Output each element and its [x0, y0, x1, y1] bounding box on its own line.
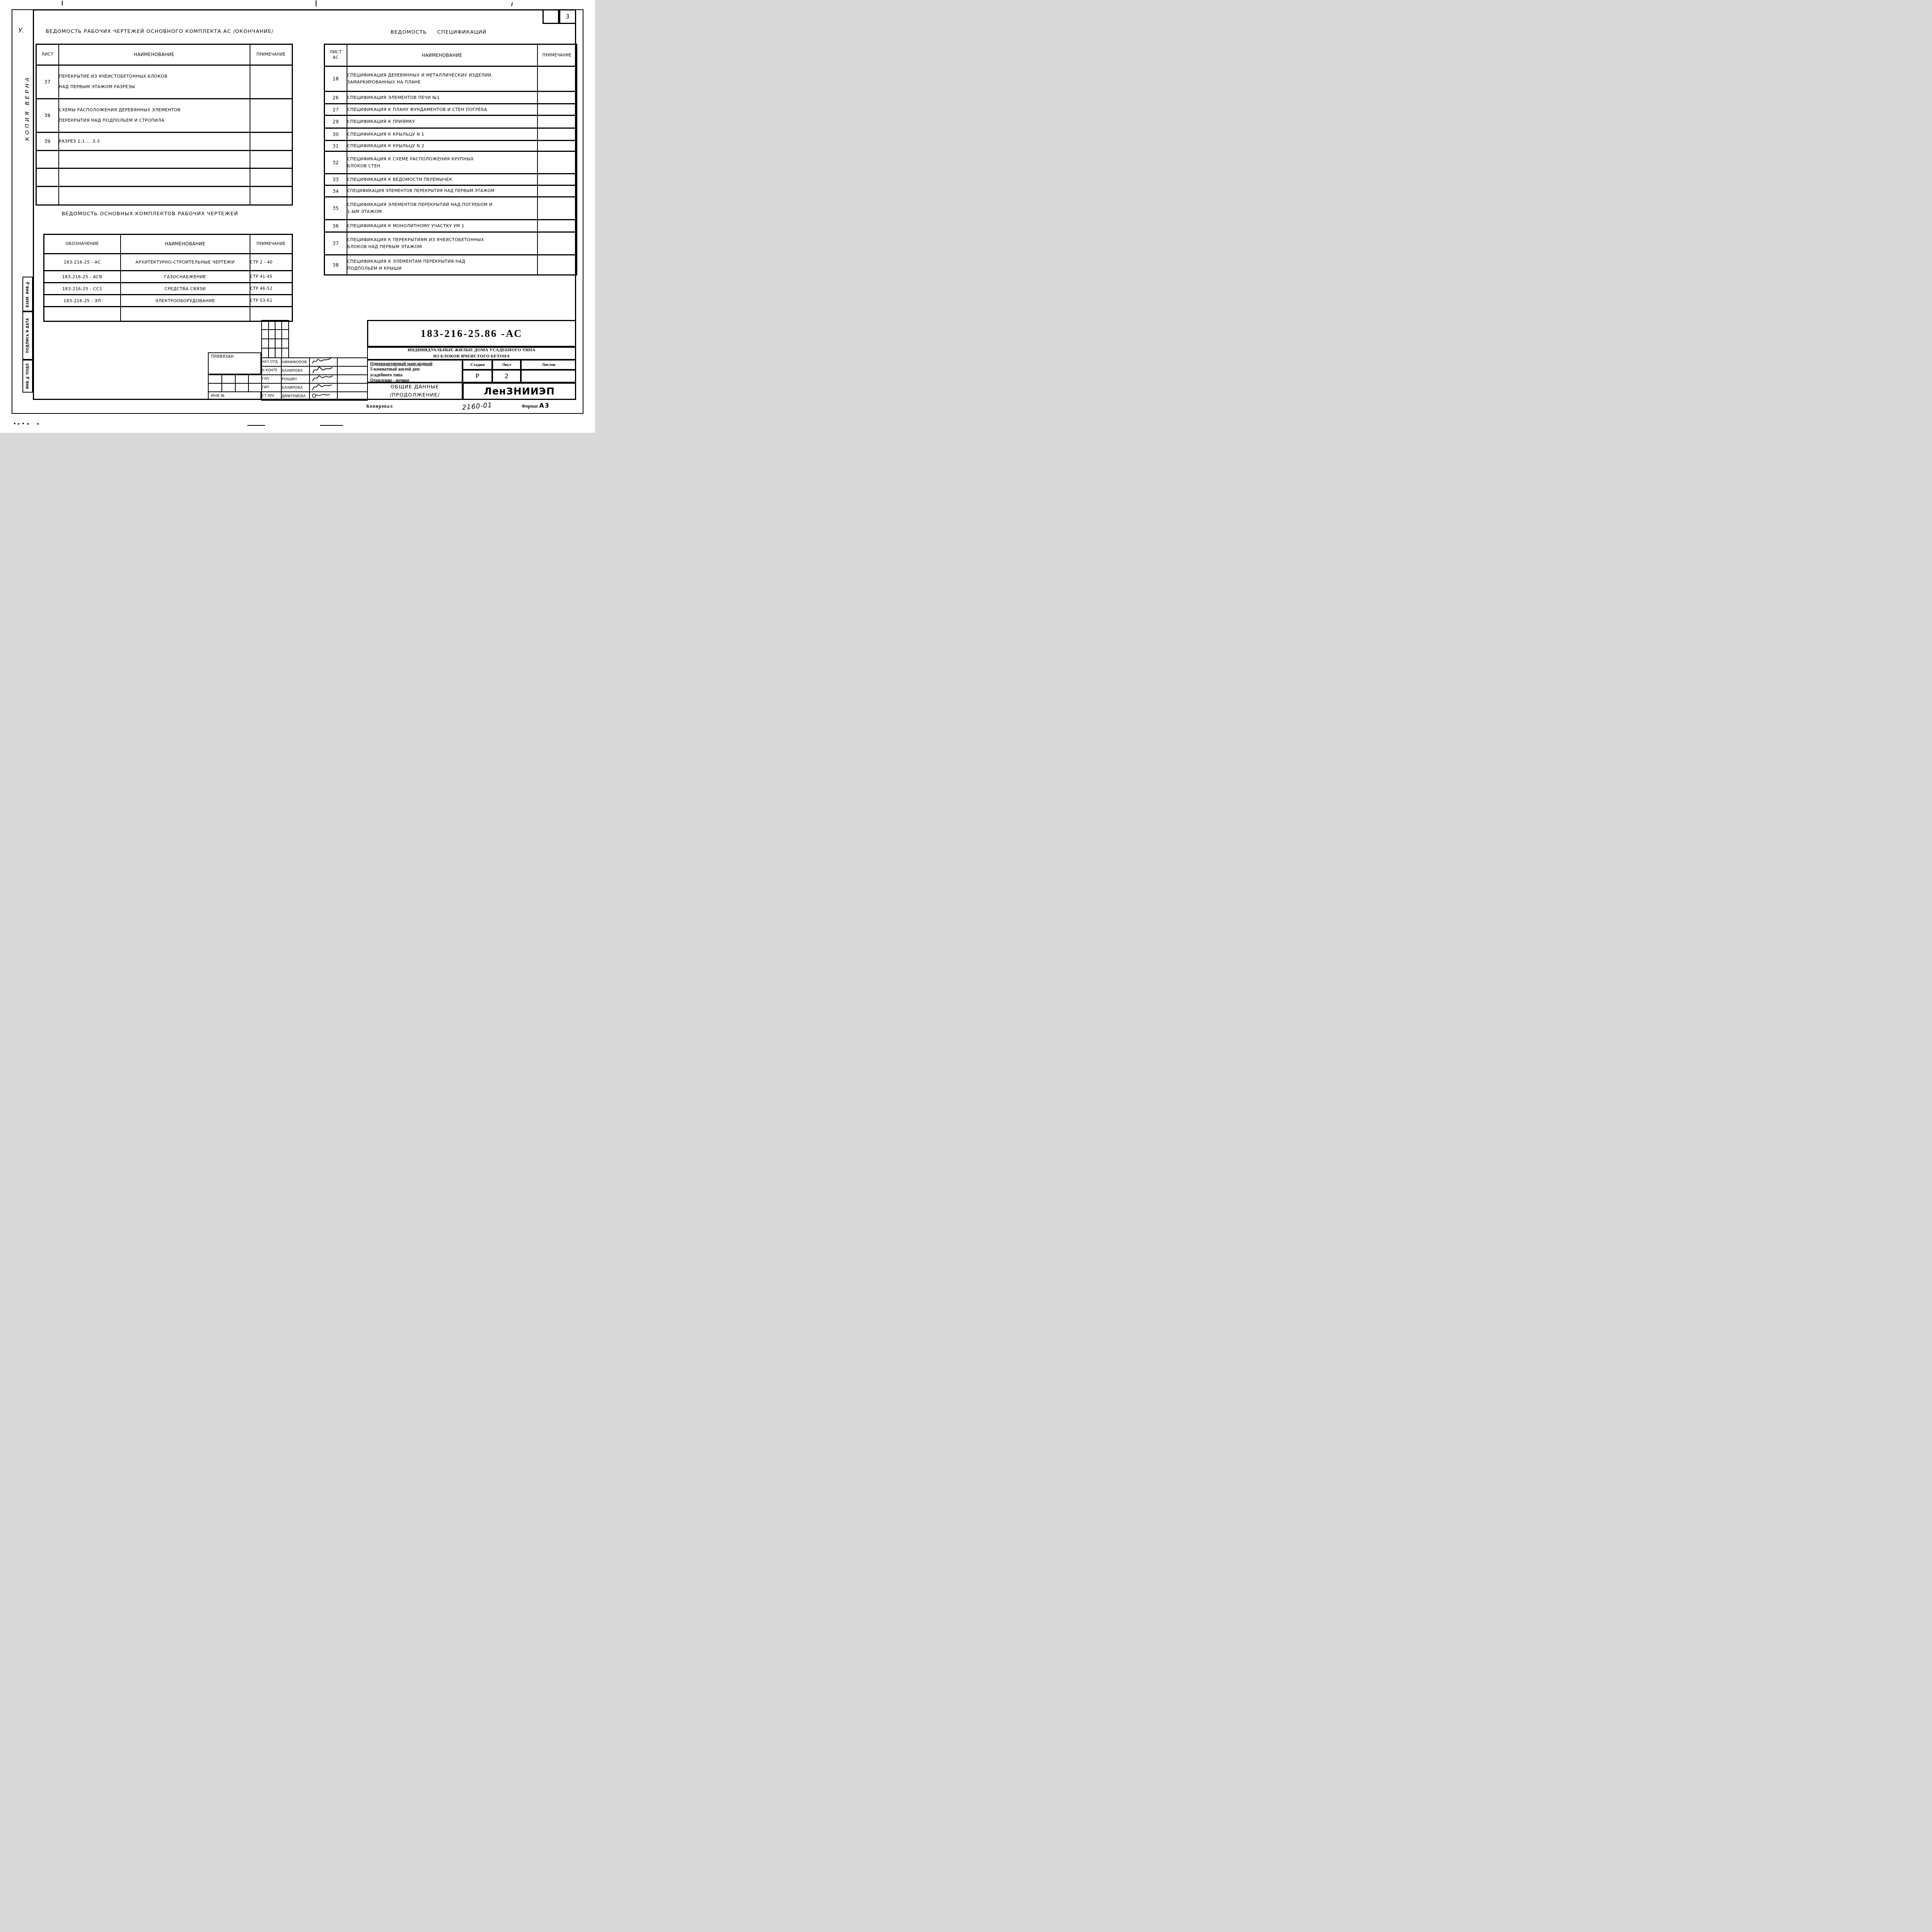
empty-cell — [248, 375, 262, 383]
scan-artifact — [22, 423, 24, 424]
note-cell — [250, 151, 293, 168]
name-cell: Электрооборудование — [121, 295, 250, 307]
sheet-cell: 37 — [325, 232, 347, 255]
sheet-cell: 31 — [325, 141, 347, 151]
stage-value: Р — [475, 372, 479, 380]
margin-stamp-label: Инв.№ подл — [26, 363, 29, 389]
note-cell — [537, 66, 577, 92]
name-cell — [59, 187, 250, 205]
sheet-cell: 38 — [325, 255, 347, 275]
name-cell: Спецификация элементов перекрытия над пе… — [347, 185, 537, 197]
table-row — [36, 168, 293, 187]
signature-date-cell — [337, 366, 367, 375]
signature-name: Бахирова — [281, 383, 310, 392]
sheet-cell: 37 — [36, 65, 59, 99]
note-cell — [537, 220, 577, 232]
sheet-value: 2 — [505, 372, 509, 380]
designation-cell: 183-216-25 - ЭЛ — [44, 295, 121, 307]
signature-cell — [310, 366, 337, 375]
name-cell — [121, 307, 250, 321]
scan-artifact — [62, 1, 63, 5]
empty-cell — [282, 320, 289, 330]
table-row — [36, 187, 293, 205]
sheet-cell: 29 — [325, 116, 347, 128]
note-cell — [250, 187, 293, 205]
scan-artifact — [27, 423, 29, 425]
name-cell: Архитектурно-строительные чертежи — [121, 254, 250, 271]
sheet-cell: 36 — [325, 220, 347, 232]
drawings-table: Лист Наименование Примечание 37 Перекрыт… — [36, 44, 293, 206]
empty-cell — [208, 375, 222, 383]
inventory-cell: Инв № — [208, 391, 261, 400]
margin-stamp-inv-podl: Инв.№ подл — [22, 360, 33, 393]
name-cell: Спецификация к плану фундаментов и стен … — [347, 104, 537, 116]
format-word: Формат — [522, 403, 538, 409]
drawing-sheet: 3 У. Копия верна Взам. инв.№ Подпись и д… — [0, 0, 595, 433]
note-cell — [250, 99, 293, 133]
header-row: Обозначение Наименование Примечание — [44, 235, 293, 254]
note-cell — [537, 141, 577, 151]
corner-blank-cell — [543, 9, 559, 24]
signature-cell — [310, 383, 337, 392]
sheet-value-cell: 2 — [492, 370, 521, 383]
sheet-cell: 26 — [325, 92, 347, 104]
signature-role: ГАП — [262, 375, 281, 383]
signature-name: Никифоров — [281, 358, 310, 366]
scan-artifact — [247, 425, 265, 426]
sheet-cell: 33 — [325, 174, 347, 185]
table-row: 183-216-25 - АСВ Газоснабжение стр 41-45 — [44, 271, 293, 283]
document-number: 183-216-25.86 -АС — [420, 328, 522, 340]
signature-row: Ст арх Дмитриева — [262, 392, 367, 400]
signature-role: ГИП — [262, 383, 281, 392]
scan-artifact — [37, 423, 39, 425]
empty-cell — [275, 348, 282, 358]
empty-cell — [275, 330, 282, 339]
header-row: Лист АС Наименование Примечание — [325, 44, 577, 66]
signature-scribble-icon — [311, 383, 335, 391]
col-header-note: Примечание — [250, 235, 293, 254]
table-row: 39 Разрез 1-1 ... 3-3 — [36, 133, 293, 151]
sheet-cell — [36, 151, 59, 168]
table-row: 32 Спецификация к схеме расположения кру… — [325, 151, 577, 174]
designation-cell: 183-216-25 - АС — [44, 254, 121, 271]
stage-label: Стадия — [470, 362, 485, 367]
empty-cell — [222, 383, 235, 392]
spec-table-title: Ведомость спецификаций — [363, 29, 514, 35]
sheet-label: Лист — [502, 362, 512, 367]
signature-date-cell — [337, 358, 367, 366]
signature-name: Дмитриева — [281, 392, 310, 400]
format-value: А3 — [539, 402, 550, 409]
empty-cell — [262, 330, 269, 339]
signature-scribble-icon — [311, 391, 335, 400]
signature-cell — [310, 358, 337, 366]
corner-mark: У. — [19, 27, 24, 34]
sheet-cell: 30 — [325, 128, 347, 141]
scan-artifact — [14, 423, 15, 424]
margin-stamp-vzam-inv: Взам. инв.№ — [22, 277, 33, 311]
col-header-sheet: Лист АС — [325, 44, 347, 66]
stage-value-cell: Р — [463, 370, 492, 383]
sheets-label: Листов — [542, 362, 556, 367]
empty-cell — [222, 375, 235, 383]
note-cell — [250, 65, 293, 99]
note-cell — [537, 104, 577, 116]
signature-row: Н контр Бахирова — [262, 366, 367, 375]
name-cell: Разрез 1-1 ... 3-3 — [59, 133, 250, 151]
sheet-cell: 39 — [36, 133, 59, 151]
document-number-cell: 183-216-25.86 -АС — [367, 320, 576, 347]
content-title-cell: Общие данные /продолжение/ — [367, 383, 463, 400]
note-cell — [537, 128, 577, 141]
name-cell: Спецификация элементов печи №1 — [347, 92, 537, 104]
note-cell — [537, 116, 577, 128]
table-row: 27 Спецификация к плану фундаментов и ст… — [325, 104, 577, 116]
sheet-number: 3 — [566, 13, 570, 20]
name-cell: Спецификация к приямку — [347, 116, 537, 128]
col-header-name: Наименование — [121, 235, 250, 254]
name-cell — [59, 168, 250, 187]
signature-date-cell — [337, 375, 367, 383]
table-row: 30 Спецификация к крыльцу N 1 — [325, 128, 577, 141]
empty-cell — [282, 348, 289, 358]
signature-role: Н контр — [262, 366, 281, 375]
empty-cell — [269, 348, 275, 358]
inventory-label: Инв № — [211, 394, 225, 398]
note-cell: стр 53-61 — [250, 295, 293, 307]
note-cell: стр 41-45 — [250, 271, 293, 283]
scan-artifact — [18, 423, 19, 425]
designation-cell: 183-216-25 - СС1 — [44, 283, 121, 295]
name-cell: Спецификация к ведомости перемычек — [347, 174, 537, 185]
table-row — [44, 307, 293, 321]
table-row: 37 Спецификация к перекрытиям из ячеисто… — [325, 232, 577, 255]
note-cell — [537, 92, 577, 104]
signature-name: Бахирова — [281, 366, 310, 375]
content-title-line2: /продолжение/ — [390, 391, 440, 400]
col-header-designation: Обозначение — [44, 235, 121, 254]
note-cell — [537, 197, 577, 220]
empty-cell — [235, 383, 248, 392]
table-row: 183-216-25 - СС1 Средства связи стр 46-5… — [44, 283, 293, 295]
format-label: Формат А3 — [522, 402, 550, 409]
drawings-table-title: Ведомость рабочих чертежей основного ком… — [42, 29, 277, 34]
col-header-note: Примечание — [250, 44, 293, 65]
binding-note: Привязан — [211, 355, 234, 359]
table-row: 35 Спецификация элементов перекрытий над… — [325, 197, 577, 220]
signature-row: ГАП Рощин — [262, 375, 367, 383]
note-cell — [537, 255, 577, 275]
signature-row: Нач.отд Никифоров — [262, 358, 367, 366]
note-cell — [537, 185, 577, 197]
name-cell: Спецификация элементов перекрытий над по… — [347, 197, 537, 220]
binding-note-cell: Привязан — [208, 352, 261, 374]
table-row: 34 Спецификация элементов перекрытия над… — [325, 185, 577, 197]
signature-date-cell — [337, 383, 367, 392]
organization-cell: ЛенЗНИИЭП — [463, 383, 576, 400]
sheet-cell: 27 — [325, 104, 347, 116]
stage-label-cell: Стадия — [463, 360, 492, 370]
signature-cell — [310, 392, 337, 400]
object-line: 5-комнатный жилой дом — [370, 367, 461, 372]
empty-cell — [269, 339, 275, 348]
sets-table: Обозначение Наименование Примечание 183-… — [43, 234, 293, 322]
designation-cell — [44, 307, 121, 321]
signature-name: Рощин — [281, 375, 310, 383]
sheet-cell — [36, 168, 59, 187]
header-row: Лист Наименование Примечание — [36, 44, 293, 65]
empty-cell — [282, 330, 289, 339]
margin-stamp-label: Взам. инв.№ — [26, 281, 29, 308]
margin-stamp-podpis-data: Подпись и дата — [22, 311, 33, 360]
name-cell: Перекрытие из ячеистобетонных блоков над… — [59, 65, 250, 99]
table-row: 36 Спецификация к монолитному участку УМ… — [325, 220, 577, 232]
table-row: 183-216-25 - АС Архитектурно-строительны… — [44, 254, 293, 271]
name-cell: Спецификация деревянных и металлических … — [347, 66, 537, 92]
empty-cell — [262, 348, 269, 358]
name-cell: Спецификация к схеме расположения крупны… — [347, 151, 537, 174]
object-line: Одноквартирный мансардный — [370, 361, 461, 367]
empty-cell — [269, 330, 275, 339]
series-title-line1: ИНДИВИДУАЛЬНЫЕ ЖИЛЫЕ ДОМА УСАДЕБНОГО ТИП… — [408, 347, 536, 353]
note-cell — [537, 232, 577, 255]
object-line: усадебного типа — [370, 372, 461, 378]
series-title-line2: ИЗ БЛОКОВ ЯЧЕИСТОГО БЕТОНА — [433, 354, 510, 359]
col-header-sheet: Лист — [36, 44, 59, 65]
empty-cell — [262, 320, 269, 330]
empty-cell — [275, 339, 282, 348]
scan-artifact — [511, 2, 513, 6]
signatures-table: Нач.отд Никифоров Н контр Бахирова ГАП — [261, 357, 368, 401]
signature-role: Нач.отд — [262, 358, 281, 366]
table-row: 37 Перекрытие из ячеистобетонных блоков … — [36, 65, 293, 99]
table-row: 18 Спецификация деревянных и металлическ… — [325, 66, 577, 92]
name-cell: Газоснабжение — [121, 271, 250, 283]
signature-row: ГИП Бахирова — [262, 383, 367, 392]
note-cell — [537, 174, 577, 185]
sheet-cell: 35 — [325, 197, 347, 220]
sheet-cell: 34 — [325, 185, 347, 197]
note-cell — [250, 307, 293, 321]
empty-cell — [275, 320, 282, 330]
left-grid — [208, 374, 262, 392]
table-row: 38 Схемы расположения деревянных элемент… — [36, 99, 293, 133]
note-cell — [250, 168, 293, 187]
margin-stamp-label: Подпись и дата — [26, 318, 29, 353]
col-header-name: Наименование — [347, 44, 537, 66]
name-cell: Схемы расположения деревянных элементов … — [59, 99, 250, 133]
content-title-line1: Общие данные — [391, 383, 439, 391]
revision-grid — [261, 320, 289, 358]
empty-cell — [248, 383, 262, 392]
spec-table: Лист АС Наименование Примечание 18 Специ… — [324, 44, 577, 276]
table-row: 33 Спецификация к ведомости перемычек — [325, 174, 577, 185]
designation-cell: 183-216-25 - АСВ — [44, 271, 121, 283]
signature-scribble-icon — [311, 374, 335, 383]
name-cell: Спецификация к перекрытиям из ячеистобет… — [347, 232, 537, 255]
sheet-cell: 32 — [325, 151, 347, 174]
signature-scribble-icon — [311, 366, 335, 374]
scan-artifact — [316, 0, 316, 7]
col-header-note: Примечание — [537, 44, 577, 66]
name-cell: Спецификация к крыльцу N 1 — [347, 128, 537, 141]
name-cell: Спецификация к элементам перекрытия над … — [347, 255, 537, 275]
sheet-label-cell: Лист — [492, 360, 521, 370]
sheet-cell — [36, 187, 59, 205]
table-row: 31 Спецификация к крыльцу N 2 — [325, 141, 577, 151]
table-row — [36, 151, 293, 168]
signature-scribble-icon — [311, 357, 335, 366]
note-cell: стр 46-52 — [250, 283, 293, 295]
copied-by-label: Копировал — [366, 403, 393, 409]
table-row: 38 Спецификация к элементам перекрытия н… — [325, 255, 577, 275]
sets-table-title: Ведомость основных комплектов рабочих че… — [49, 211, 250, 217]
copy-stamp: Копия верна — [22, 58, 33, 158]
sheets-value-cell — [521, 370, 576, 383]
empty-cell — [235, 375, 248, 383]
table-row: 183-216-25 - ЭЛ Электрооборудование стр … — [44, 295, 293, 307]
empty-cell — [262, 339, 269, 348]
name-cell: Спецификация к крыльцу N 2 — [347, 141, 537, 151]
name-cell — [59, 151, 250, 168]
signature-date-cell — [337, 392, 367, 400]
col-header-name: Наименование — [59, 44, 250, 65]
note-cell: стр 2 - 40 — [250, 254, 293, 271]
scan-artifact — [320, 425, 343, 426]
copy-stamp-text: Копия верна — [24, 75, 31, 141]
signature-role: Ст арх — [262, 392, 281, 400]
name-cell: Средства связи — [121, 283, 250, 295]
sheet-number-box: 3 — [559, 9, 576, 24]
organization-name: ЛенЗНИИЭП — [484, 386, 555, 397]
sheet-cell: 38 — [36, 99, 59, 133]
note-cell — [537, 151, 577, 174]
empty-cell — [282, 339, 289, 348]
series-title-cell: ИНДИВИДУАЛЬНЫЕ ЖИЛЫЕ ДОМА УСАДЕБНОГО ТИП… — [367, 347, 576, 360]
table-row: 26 Спецификация элементов печи №1 — [325, 92, 577, 104]
empty-cell — [208, 383, 222, 392]
sheet-cell: 18 — [325, 66, 347, 92]
sheets-label-cell: Листов — [521, 360, 576, 370]
title-block: 183-216-25.86 -АС ИНДИВИДУАЛЬНЫЕ ЖИЛЫЕ Д… — [208, 320, 576, 400]
signature-cell — [310, 375, 337, 383]
table-row: 29 Спецификация к приямку — [325, 116, 577, 128]
name-cell: Спецификация к монолитному участку УМ 1 — [347, 220, 537, 232]
object-name-cell: Одноквартирный мансардный 5-комнатный жи… — [367, 360, 463, 383]
empty-cell — [269, 320, 275, 330]
note-cell — [250, 133, 293, 151]
